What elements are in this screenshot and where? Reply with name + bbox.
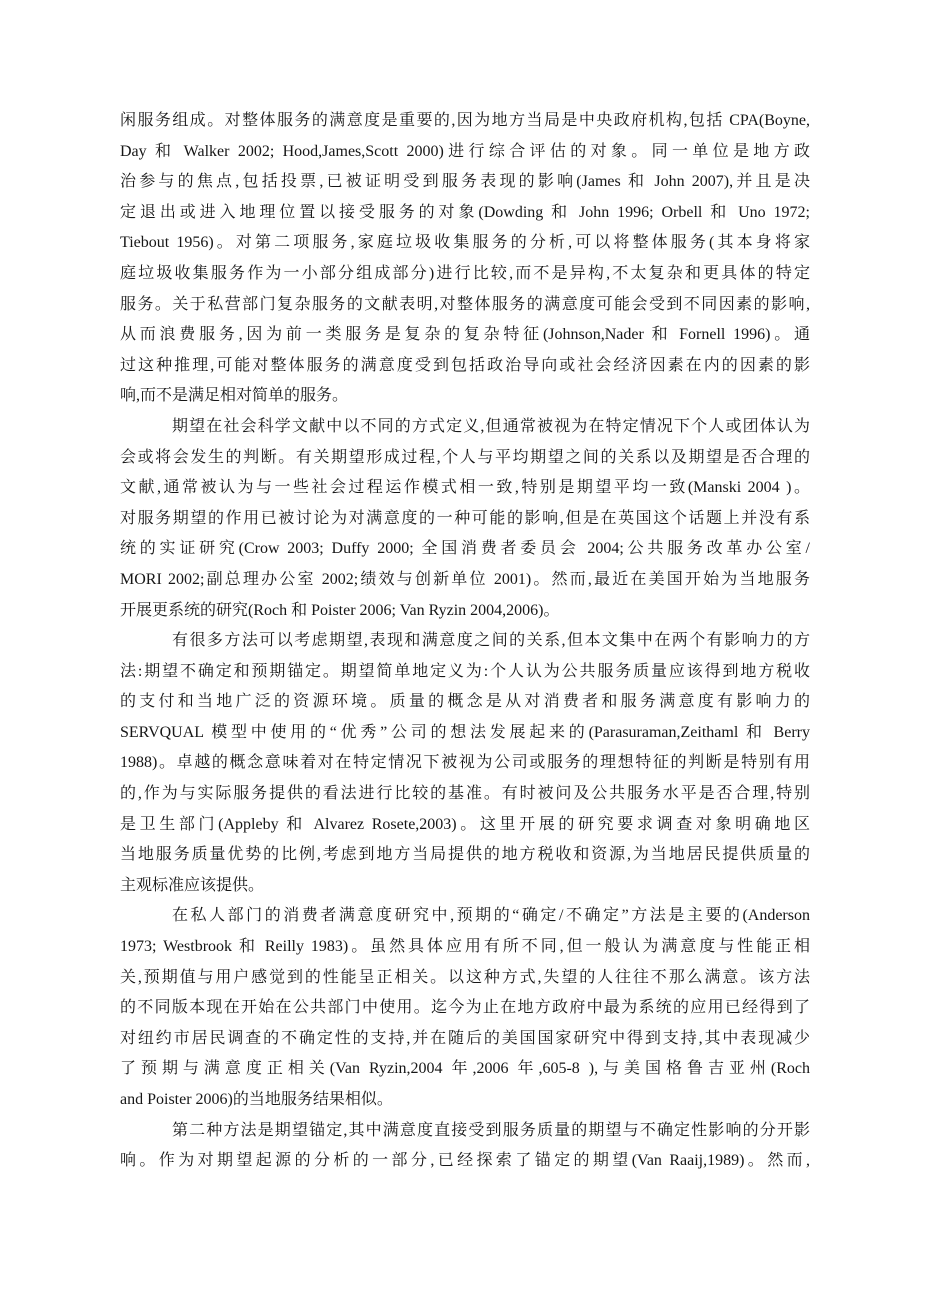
text-line: 过这种推理,可能对整体服务的满意度受到包括政治导向或社会经济因素在内的因素的影 — [120, 351, 810, 382]
text-line: 有很多方法可以考虑期望,表现和满意度之间的关系,但本文集中在两个有影响力的方 — [120, 626, 810, 657]
text-line: 对服务期望的作用已被讨论为对满意度的一种可能的影响,但是在英国这个话题上并没有系 — [120, 504, 810, 535]
text-line: 统的实证研究(Crow 2003; Duffy 2000; 全国消费者委员会 2… — [120, 534, 810, 565]
text-line: 庭垃圾收集服务作为一小部分组成部分)进行比较,而不是异构,不太复杂和更具体的特定 — [120, 259, 810, 290]
document-page: 闲服务组成。对整体服务的满意度是重要的,因为地方当局是中央政府机构,包括 CPA… — [120, 106, 810, 1177]
text-line: 在私人部门的消费者满意度研究中,预期的“确定/不确定”方法是主要的(Anders… — [120, 901, 810, 932]
text-line: 当地服务质量优势的比例,考虑到地方当局提供的地方税收和资源,为当地居民提供质量的 — [120, 840, 810, 871]
text-line: MORI 2002;副总理办公室 2002;绩效与创新单位 2001)。然而,最… — [120, 565, 810, 596]
paragraph: 期望在社会科学文献中以不同的方式定义,但通常被视为在特定情况下个人或团体认为会或… — [120, 412, 810, 626]
text-line: 响。作为对期望起源的分析的一部分,已经探索了锚定的期望(Van Raaij,19… — [120, 1146, 810, 1177]
text-line: 服务。关于私营部门复杂服务的文献表明,对整体服务的满意度可能会受到不同因素的影响… — [120, 290, 810, 321]
text-line: 了预期与满意度正相关(Van Ryzin,2004 年,2006 年,605-8… — [120, 1054, 810, 1085]
text-line: 响,而不是满足相对简单的服务。 — [120, 381, 810, 412]
text-line: 主观标准应该提供。 — [120, 871, 810, 902]
text-line: Day 和 Walker 2002; Hood,James,Scott 2000… — [120, 137, 810, 168]
paragraph: 闲服务组成。对整体服务的满意度是重要的,因为地方当局是中央政府机构,包括 CPA… — [120, 106, 810, 412]
text-line: Tiebout 1956)。对第二项服务,家庭垃圾收集服务的分析,可以将整体服务… — [120, 228, 810, 259]
text-line: 会或将会发生的判断。有关期望形成过程,个人与平均期望之间的关系以及期望是否合理的 — [120, 443, 810, 474]
text-line: 是卫生部门(Appleby 和 Alvarez Rosete,2003)。这里开… — [120, 810, 810, 841]
text-line: 期望在社会科学文献中以不同的方式定义,但通常被视为在特定情况下个人或团体认为 — [120, 412, 810, 443]
text-line: 开展更系统的研究(Roch 和 Poister 2006; Van Ryzin … — [120, 596, 810, 627]
text-line: 关,预期值与用户感觉到的性能呈正相关。以这种方式,失望的人往往不那么满意。该方法 — [120, 963, 810, 994]
text-line: 第二种方法是期望锚定,其中满意度直接受到服务质量的期望与不确定性影响的分开影 — [120, 1116, 810, 1147]
text-line: 的支付和当地广泛的资源环境。质量的概念是从对消费者和服务满意度有影响力的 — [120, 687, 810, 718]
text-line: 文献,通常被认为与一些社会过程运作模式相一致,特别是期望平均一致(Manski … — [120, 473, 810, 504]
paragraph: 第二种方法是期望锚定,其中满意度直接受到服务质量的期望与不确定性影响的分开影响。… — [120, 1116, 810, 1177]
text-line: 对纽约市居民调查的不确定性的支持,并在随后的美国国家研究中得到支持,其中表现减少 — [120, 1024, 810, 1055]
text-line: 1988)。卓越的概念意味着对在特定情况下被视为公司或服务的理想特征的判断是特别… — [120, 748, 810, 779]
text-line: 的,作为与实际服务提供的看法进行比较的基准。有时被问及公共服务水平是否合理,特别 — [120, 779, 810, 810]
text-line: 闲服务组成。对整体服务的满意度是重要的,因为地方当局是中央政府机构,包括 CPA… — [120, 106, 810, 137]
text-line: 定退出或进入地理位置以接受服务的对象(Dowding 和 John 1996; … — [120, 198, 810, 229]
text-line: SERVQUAL 模型中使用的“优秀”公司的想法发展起来的(Parasurama… — [120, 718, 810, 749]
text-line: and Poister 2006)的当地服务结果相似。 — [120, 1085, 810, 1116]
text-line: 法:期望不确定和预期锚定。期望简单地定义为:个人认为公共服务质量应该得到地方税收 — [120, 657, 810, 688]
text-line: 治参与的焦点,包括投票,已被证明受到服务表现的影响(James 和 John 2… — [120, 167, 810, 198]
text-line: 1973; Westbrook 和 Reilly 1983)。虽然具体应用有所不… — [120, 932, 810, 963]
text-line: 从而浪费服务,因为前一类服务是复杂的复杂特征(Johnson,Nader 和 F… — [120, 320, 810, 351]
paragraph: 在私人部门的消费者满意度研究中,预期的“确定/不确定”方法是主要的(Anders… — [120, 901, 810, 1115]
paragraph: 有很多方法可以考虑期望,表现和满意度之间的关系,但本文集中在两个有影响力的方法:… — [120, 626, 810, 901]
document-text: 闲服务组成。对整体服务的满意度是重要的,因为地方当局是中央政府机构,包括 CPA… — [120, 106, 810, 1177]
text-line: 的不同版本现在开始在公共部门中使用。迄今为止在地方政府中最为系统的应用已经得到了 — [120, 993, 810, 1024]
